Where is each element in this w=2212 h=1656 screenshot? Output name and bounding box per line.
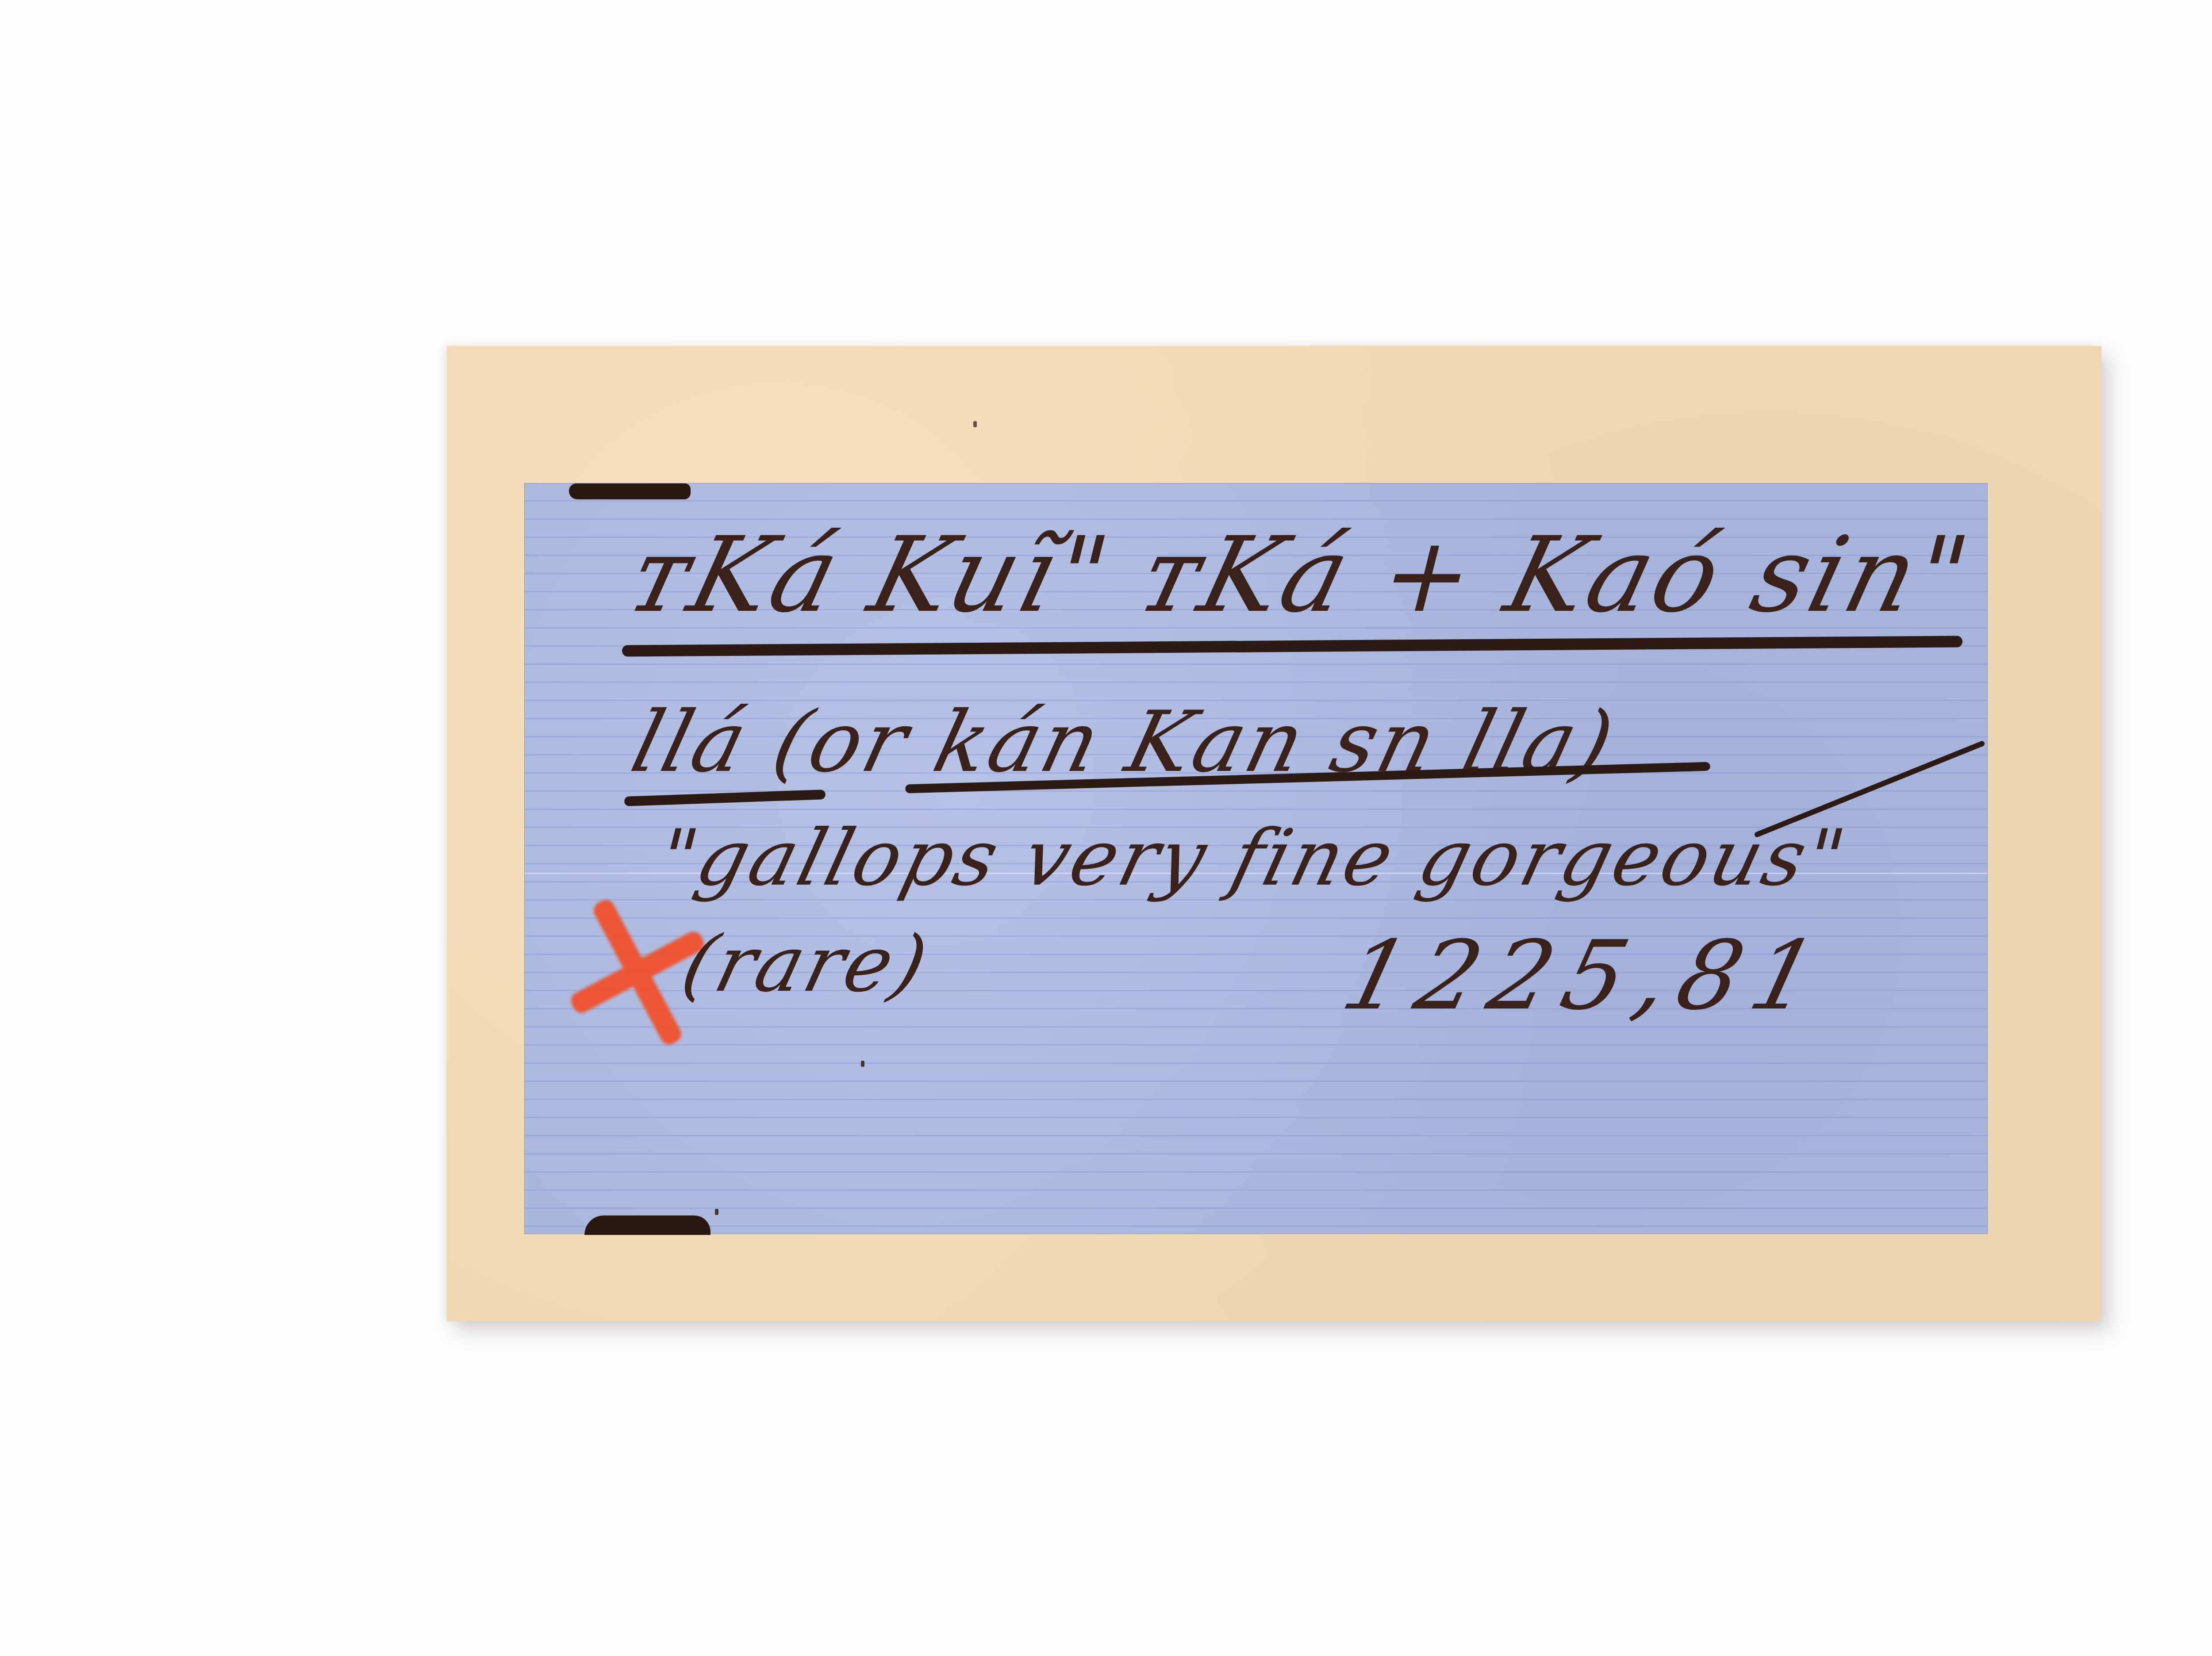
- tape-mark-top: [569, 483, 691, 499]
- flourish-dash: [1754, 740, 1985, 838]
- ink-speck: [861, 1061, 864, 1067]
- tape-mark-bottom: [584, 1215, 710, 1235]
- card-speck: [973, 421, 977, 427]
- ink-speck: [715, 1209, 718, 1215]
- underline-line-2a: [624, 790, 826, 806]
- handwriting-line-3: "gallops very fine gorgeous": [651, 820, 1855, 897]
- handwriting-catalog-number: 1225,81: [1334, 928, 1838, 1023]
- handwriting-line-1: ᴛKá Kuĩ" ᴛKá + Kaó sin": [620, 523, 1981, 627]
- mounting-card: ᴛKá Kuĩ" ᴛKá + Kaó sin" llá (or kán Kan …: [447, 346, 2101, 1321]
- blue-note-slip: ᴛKá Kuĩ" ᴛKá + Kaó sin" llá (or kán Kan …: [524, 483, 1988, 1234]
- underline-line-1: [622, 636, 1962, 656]
- handwriting-rare-note: (rare): [675, 926, 937, 1003]
